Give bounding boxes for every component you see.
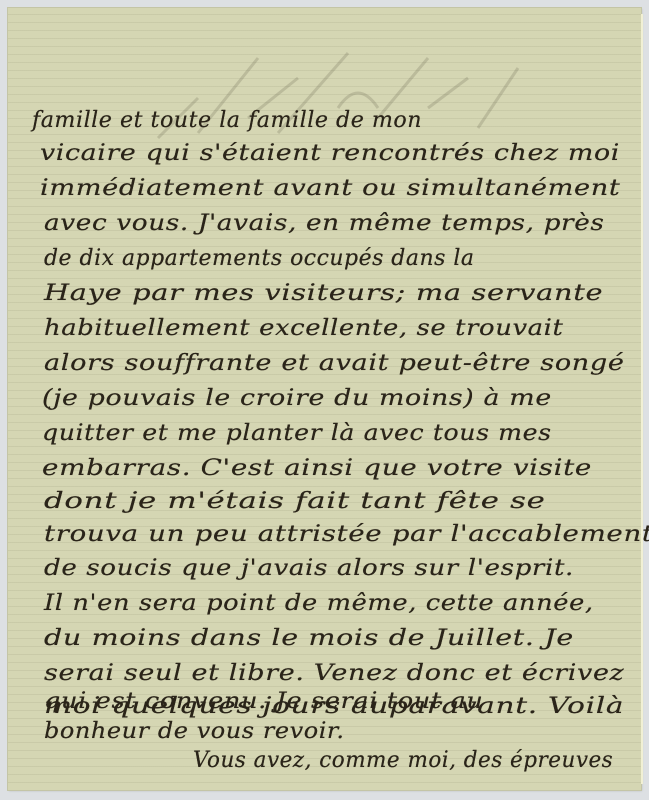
letter-line-20: bonheur de vous revoir. (44, 719, 345, 744)
letter-line-4: avec vous. J'avais, en même temps, près (44, 211, 605, 236)
letter-line-16: du moins dans le mois de Juillet. Je (44, 626, 574, 651)
letter-line-17: serai seul et libre. Venez donc et écriv… (44, 661, 624, 686)
letter-line-10: quitter et me planter là avec tous mes (42, 421, 552, 446)
letter-line-13: trouva un peu attristée par l'accablemen… (44, 522, 649, 547)
letter-line-19: qui est convenu. Je serai tout au (44, 689, 484, 714)
letter-line-12: dont je m'étais fait tant fête se (44, 489, 546, 514)
letter-line-21: Vous avez, comme moi, des épreuves (193, 748, 613, 773)
letter-line-11: embarras. C'est ainsi que votre visite (42, 456, 592, 481)
letter-line-15: Il n'en sera point de même, cette année, (44, 591, 594, 616)
letter-page: famille et toute la famille de mon vicai… (8, 8, 641, 790)
letter-line-6: Haye par mes visiteurs; ma servante (44, 281, 603, 306)
letter-line-2: vicaire qui s'étaient rencontrés chez mo… (40, 141, 620, 166)
letter-line-9: (je pouvais le croire du moins) à me (42, 386, 552, 411)
letter-line-3: immédiatement avant ou simultanément (40, 176, 620, 201)
letter-line-1: famille et toute la famille de mon (32, 108, 422, 133)
letter-line-14: de soucis que j'avais alors sur l'esprit… (44, 556, 574, 581)
letter-line-5: de dix appartements occupés dans la (44, 246, 474, 271)
letter-line-7: habituellement excellente, se trouvait (44, 316, 564, 341)
letter-line-8: alors souffrante et avait peut-être song… (44, 351, 625, 376)
